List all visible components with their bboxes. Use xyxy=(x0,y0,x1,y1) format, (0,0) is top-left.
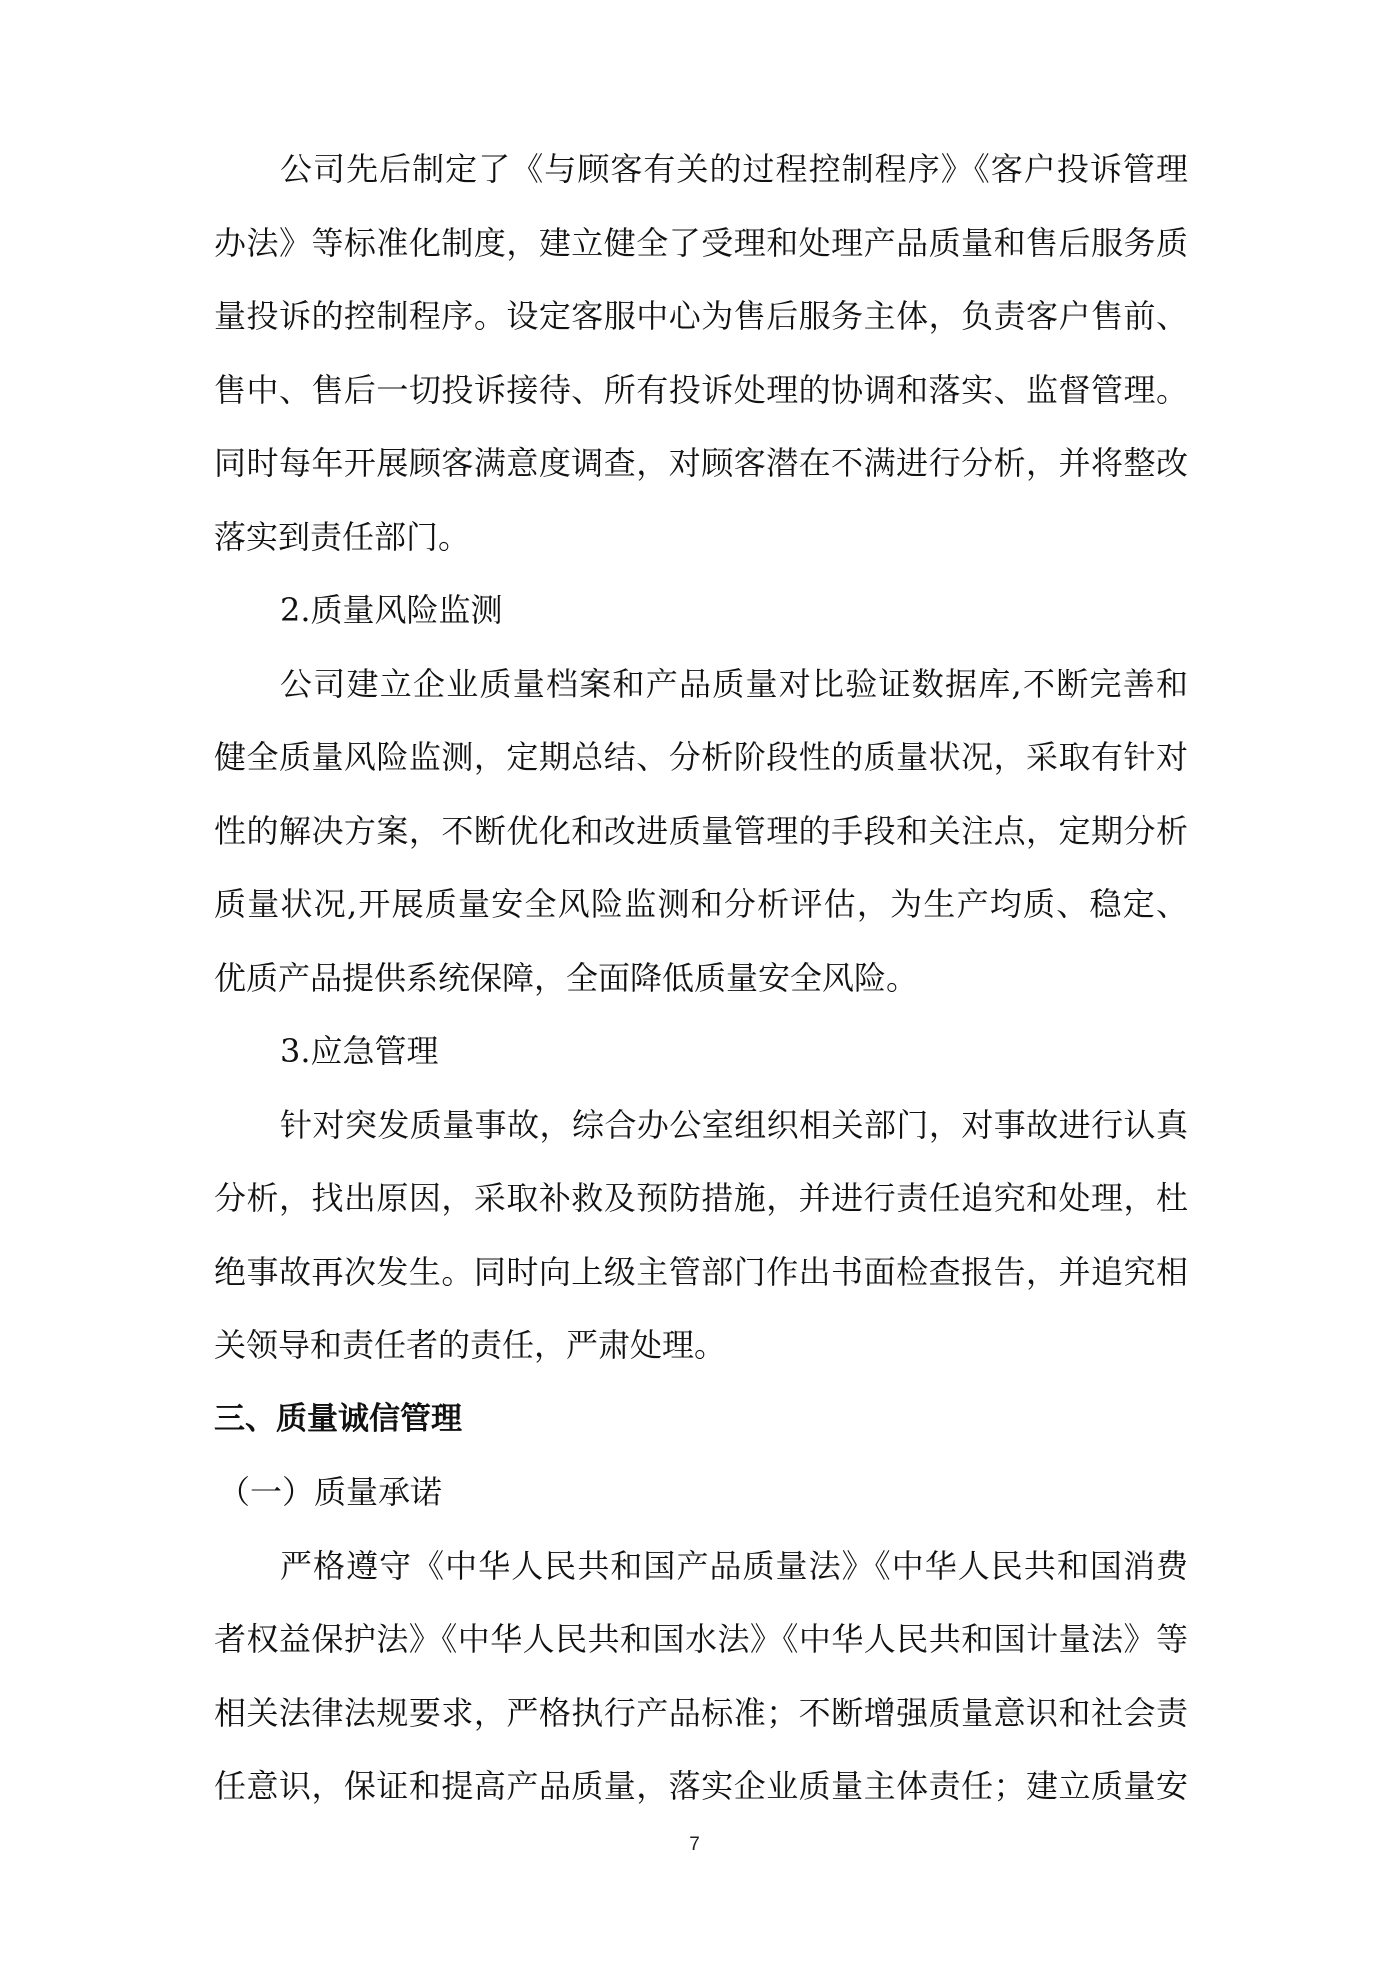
page-number: 7 xyxy=(0,1834,1389,1856)
subsection-heading-quality-commitment: （一）质量承诺 xyxy=(214,1456,1188,1530)
text-line: 性的解决方案，不断优化和改进质量管理的手段和关注点，定期分析 xyxy=(214,795,1188,869)
text-line: 分析，找出原因，采取补救及预防措施，并进行责任追究和处理，杜 xyxy=(214,1162,1188,1236)
text-line: 相关法律法规要求，严格执行产品标准；不断增强质量意识和社会责 xyxy=(214,1677,1188,1751)
text-line: 绝事故再次发生。同时向上级主管部门作出书面检查报告，并追究相 xyxy=(214,1236,1188,1310)
page-body: 公司先后制定了《与顾客有关的过程控制程序》《客户投诉管理 办法》等标准化制度，建… xyxy=(214,133,1188,1824)
text-line: 优质产品提供系统保障，全面降低质量安全风险。 xyxy=(214,942,1188,1016)
text-line: 严格遵守《中华人民共和国产品质量法》《中华人民共和国消费 xyxy=(214,1530,1188,1604)
text-line: 质量状况,开展质量安全风险监测和分析评估，为生产均质、稳定、 xyxy=(214,868,1188,942)
paragraph-quality-commitment: 严格遵守《中华人民共和国产品质量法》《中华人民共和国消费 者权益保护法》《中华人… xyxy=(214,1530,1188,1824)
text-line: 同时每年开展顾客满意度调查，对顾客潜在不满进行分析，并将整改 xyxy=(214,427,1188,501)
text-line: 办法》等标准化制度，建立健全了受理和处理产品质量和售后服务质 xyxy=(214,207,1188,281)
text-line: 健全质量风险监测，定期总结、分析阶段性的质量状况，采取有针对 xyxy=(214,721,1188,795)
text-line: 关领导和责任者的责任，严肃处理。 xyxy=(214,1309,1188,1383)
text-line: 任意识，保证和提高产品质量，落实企业质量主体责任；建立质量安 xyxy=(214,1750,1188,1824)
section-title-emergency-management: 3.应急管理 xyxy=(214,1015,1188,1089)
section-title-quality-risk-monitoring: 2.质量风险监测 xyxy=(214,574,1188,648)
text-line: 公司先后制定了《与顾客有关的过程控制程序》《客户投诉管理 xyxy=(214,133,1188,207)
text-line: 落实到责任部门。 xyxy=(214,501,1188,575)
text-line: 量投诉的控制程序。设定客服中心为售后服务主体，负责客户售前、 xyxy=(214,280,1188,354)
text-line: 者权益保护法》《中华人民共和国水法》《中华人民共和国计量法》等 xyxy=(214,1603,1188,1677)
text-line: 售中、售后一切投诉接待、所有投诉处理的协调和落实、监督管理。 xyxy=(214,354,1188,428)
text-line: 公司建立企业质量档案和产品质量对比验证数据库,不断完善和 xyxy=(214,648,1188,722)
paragraph-emergency-management: 针对突发质量事故，综合办公室组织相关部门，对事故进行认真 分析，找出原因，采取补… xyxy=(214,1089,1188,1383)
document-page: 公司先后制定了《与顾客有关的过程控制程序》《客户投诉管理 办法》等标准化制度，建… xyxy=(0,0,1389,1964)
paragraph-complaint-handling: 公司先后制定了《与顾客有关的过程控制程序》《客户投诉管理 办法》等标准化制度，建… xyxy=(214,133,1188,574)
paragraph-quality-risk-monitoring: 公司建立企业质量档案和产品质量对比验证数据库,不断完善和 健全质量风险监测，定期… xyxy=(214,648,1188,1016)
chapter-heading-quality-integrity: 三、质量诚信管理 xyxy=(214,1383,1188,1457)
text-line: 针对突发质量事故，综合办公室组织相关部门，对事故进行认真 xyxy=(214,1089,1188,1163)
